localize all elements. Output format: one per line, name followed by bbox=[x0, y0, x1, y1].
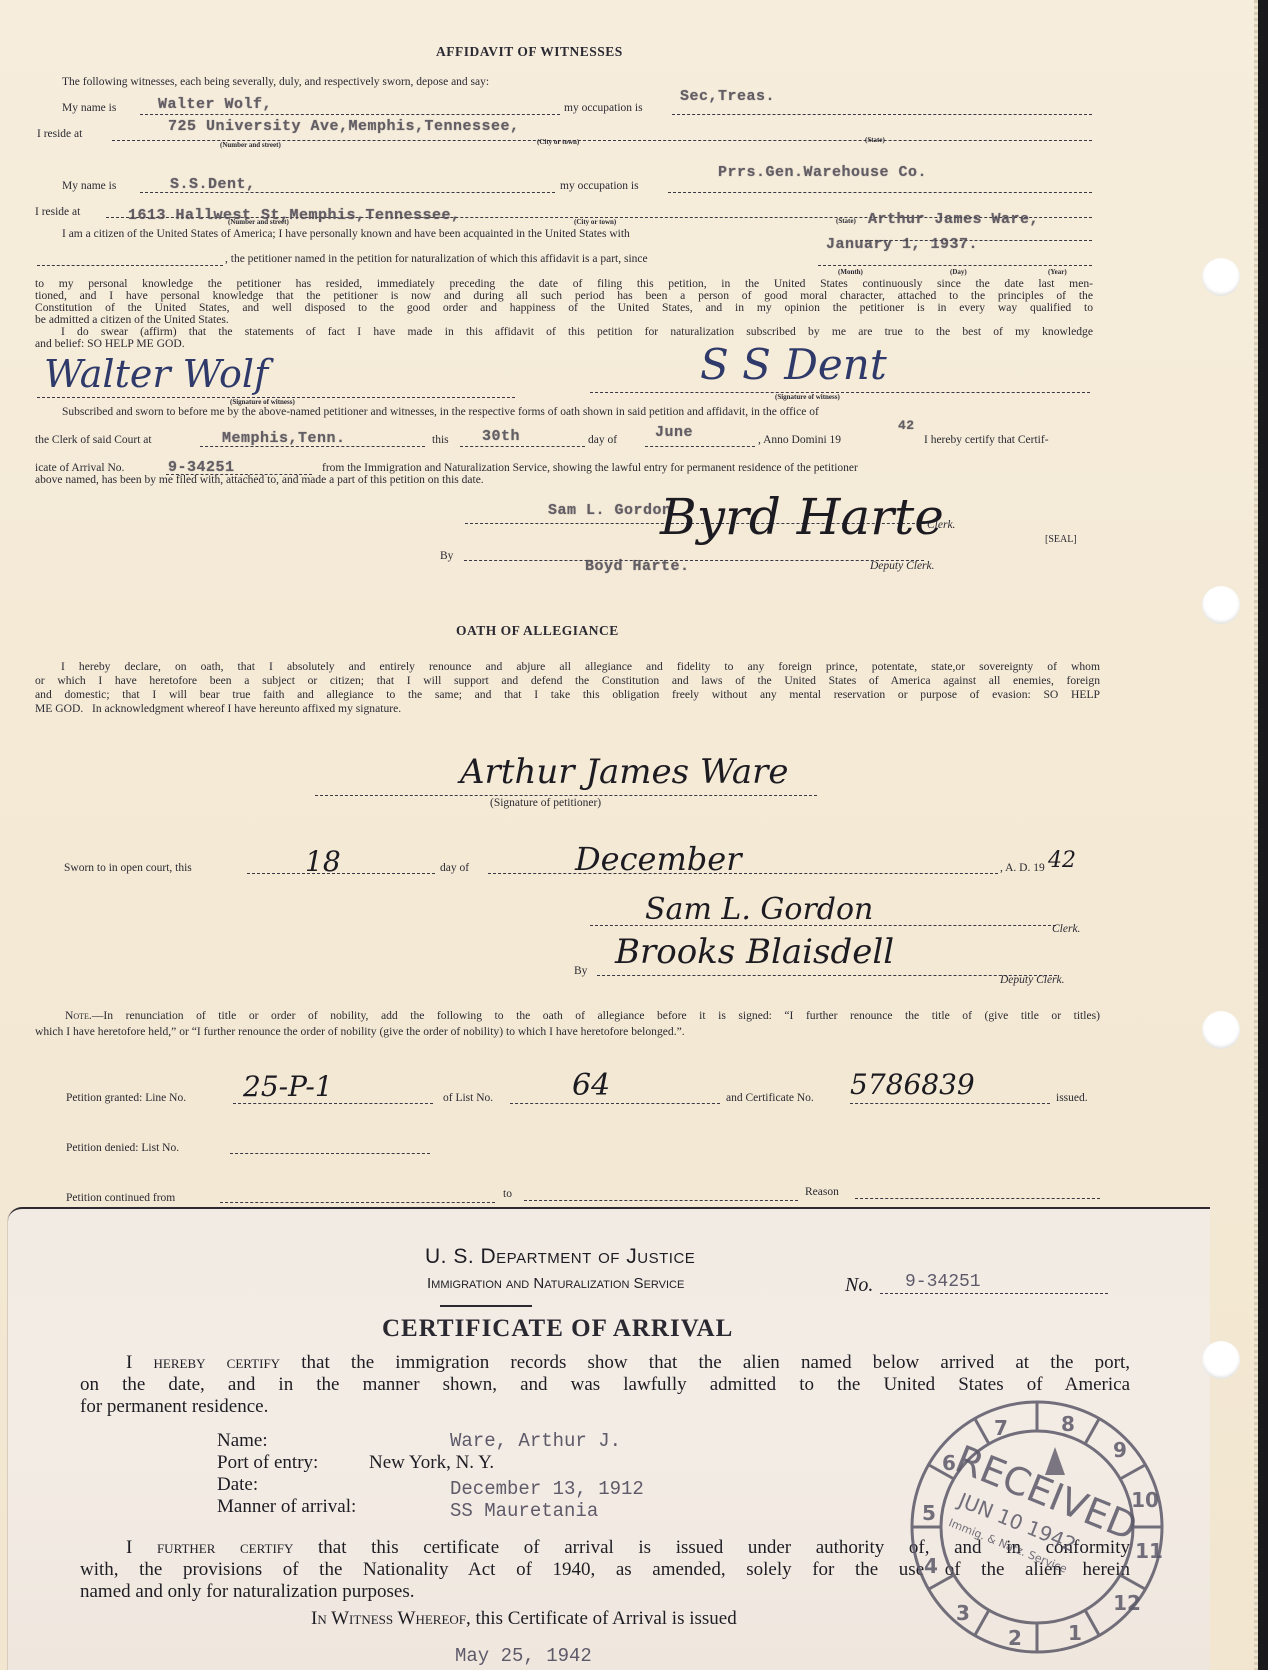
citizen-statement: I am a citizen of the United States of A… bbox=[62, 228, 630, 240]
continued-from-line bbox=[220, 1202, 495, 1203]
witness1-occupation-line bbox=[672, 114, 1092, 115]
alien-name: Ware, Arthur J. bbox=[450, 1430, 621, 1452]
witness1-occupation: Sec,Treas. bbox=[680, 88, 775, 105]
petitioner-signature-line bbox=[315, 795, 817, 796]
caption-city-2: (City or town) bbox=[574, 218, 616, 226]
certify-label: I hereby certify that Certif- bbox=[924, 434, 1049, 446]
line-number: 25-P-1 bbox=[243, 1070, 333, 1103]
line-no-line bbox=[233, 1103, 433, 1104]
punch-hole bbox=[1202, 258, 1240, 296]
stamp-number-2: 2 bbox=[1008, 1626, 1022, 1650]
certificate-no-label: No. bbox=[845, 1274, 873, 1297]
sworn-label: Sworn to in open court, this bbox=[64, 862, 192, 874]
note-label: Note. bbox=[65, 1009, 92, 1022]
ad-label: , A. D. 19 bbox=[1000, 862, 1045, 874]
petitioner-signature-caption: (Signature of petitioner) bbox=[490, 797, 601, 809]
issue-date: May 25, 1942 bbox=[455, 1645, 592, 1667]
stamp-number-7: 7 bbox=[994, 1416, 1008, 1440]
witness2-reside-label: I reside at bbox=[35, 206, 80, 218]
hereby-line-1: that the immigration records show that t… bbox=[280, 1352, 1130, 1373]
caption-month: (Month) bbox=[838, 268, 863, 276]
certificate-title: CERTIFICATE OF ARRIVAL bbox=[382, 1315, 733, 1343]
oath-body: I hereby declare, on oath, that I absolu… bbox=[35, 660, 1100, 716]
swear-line-2: and belief: SO HELP ME GOD. bbox=[35, 338, 1093, 350]
oath-title: OATH OF ALLEGIANCE bbox=[456, 623, 619, 639]
by-label: By bbox=[440, 550, 453, 562]
since-date-line bbox=[818, 265, 1092, 266]
affidavit-body: to my personal knowledge the petitioner … bbox=[35, 278, 1093, 326]
star-icon bbox=[1045, 1447, 1065, 1475]
received-stamp: 8 9 10 11 12 1 2 3 4 5 6 7 RECEIVED JUN … bbox=[905, 1395, 1170, 1660]
witness2-occupation-line bbox=[668, 192, 1092, 193]
punch-hole bbox=[1202, 1341, 1240, 1379]
witness1-occupation-label: my occupation is bbox=[564, 102, 643, 114]
witness1-signature-caption: (Signature of witness) bbox=[230, 398, 295, 406]
sworn-year: 42 bbox=[1048, 848, 1076, 873]
punch-hole bbox=[1202, 1011, 1240, 1049]
certificate-no-line bbox=[880, 1293, 1108, 1294]
witness2-name: S.S.Dent, bbox=[170, 176, 256, 193]
sworn-month: December bbox=[575, 840, 742, 878]
department-title: U. S. Department of Justice bbox=[425, 1245, 695, 1269]
certificate-number: 5786839 bbox=[850, 1068, 975, 1101]
affidavit-title: AFFIDAVIT OF WITNESSES bbox=[436, 44, 623, 60]
background-edge bbox=[1258, 0, 1268, 1670]
list-no-line bbox=[510, 1103, 720, 1104]
petitioner-blank-line bbox=[37, 265, 223, 266]
issued-label: issued. bbox=[1056, 1092, 1088, 1104]
above-named-statement: above named, has been by me filed with, … bbox=[35, 474, 484, 486]
oath-by-label: By bbox=[574, 965, 587, 977]
swear-line-1: I do swear (affirm) that the statements … bbox=[35, 326, 1093, 338]
clerk-typed-name: Sam L. Gordon bbox=[548, 502, 672, 519]
denied-list-line bbox=[230, 1153, 430, 1154]
this-label: this bbox=[432, 434, 449, 446]
stamp-number-4: 4 bbox=[924, 1554, 938, 1578]
oath-clerk-signature: Sam L. Gordon bbox=[645, 892, 873, 927]
witness2-signature-line bbox=[590, 392, 1090, 393]
granted-label: Petition granted: Line No. bbox=[66, 1092, 186, 1104]
subscribed-statement: Subscribed and sworn to before me by the… bbox=[62, 406, 819, 418]
stamp-number-3: 3 bbox=[956, 1601, 970, 1625]
oath-deputy-signature: Brooks Blaisdell bbox=[615, 932, 894, 972]
caption-day: (Day) bbox=[950, 268, 967, 276]
petitioner-named-statement: , the petitioner named in the petition f… bbox=[225, 253, 648, 265]
affidavit-day: 30th bbox=[482, 428, 520, 445]
witness1-signature: Walter Wolf bbox=[44, 352, 268, 396]
clerk-at-city: Memphis,Tenn. bbox=[222, 430, 346, 447]
month-line bbox=[645, 446, 755, 447]
name-label: Name: bbox=[217, 1430, 268, 1452]
witness2-signature-caption: (Signature of witness) bbox=[775, 393, 840, 401]
witness2-address: 1613 Hallwest St,Memphis,Tennessee, bbox=[128, 207, 461, 224]
witness2-name-label: My name is bbox=[62, 180, 116, 192]
petitioner-signature: Arthur James Ware bbox=[460, 752, 788, 792]
deputy-typed-name: Boyd Harte. bbox=[585, 558, 690, 575]
continued-label: Petition continued from bbox=[66, 1192, 175, 1204]
affidavit-month: June bbox=[655, 424, 693, 441]
deputy-clerk-signature: Byrd Harte bbox=[660, 488, 944, 546]
stamp-number-8: 8 bbox=[1061, 1412, 1075, 1436]
denied-label: Petition denied: List No. bbox=[66, 1142, 179, 1154]
port-label: Port of entry: bbox=[217, 1452, 318, 1474]
port-value: New York, N. Y. bbox=[369, 1452, 494, 1474]
to-label: to bbox=[503, 1188, 512, 1200]
caption-number-street: (Number and street) bbox=[220, 141, 281, 149]
deputy-clerk-caption: Deputy Clerk. bbox=[870, 560, 935, 572]
from-ins-statement: from the Immigration and Naturalization … bbox=[322, 462, 858, 474]
petitioner-typed-name: Arthur James Ware, bbox=[868, 211, 1039, 228]
sworn-day: 18 bbox=[305, 845, 341, 878]
stamp-number-1: 1 bbox=[1068, 1621, 1082, 1645]
caption-city: (City or town) bbox=[537, 138, 579, 146]
caption-year: (Year) bbox=[1048, 268, 1067, 276]
punch-hole bbox=[1202, 586, 1240, 624]
affidavit-intro: The following witnesses, each being seve… bbox=[62, 76, 489, 88]
witness-rest: , this Certificate of Arrival is issued bbox=[466, 1608, 737, 1629]
note-line-2: which I have heretofore held,” or “I fur… bbox=[35, 1024, 1100, 1040]
witness-lead: In Witness Whereof bbox=[311, 1608, 466, 1629]
list-number: 64 bbox=[572, 1068, 610, 1103]
oath-clerk-line bbox=[590, 925, 1056, 926]
title-rule bbox=[440, 1305, 532, 1307]
sworn-day-of-label: day of bbox=[440, 862, 469, 874]
reason-line bbox=[855, 1198, 1100, 1199]
stamp-number-9: 9 bbox=[1113, 1438, 1127, 1462]
stamp-number-12: 12 bbox=[1113, 1591, 1141, 1615]
further-lead: I further certify bbox=[126, 1537, 293, 1558]
manner-label: Manner of arrival: bbox=[217, 1496, 356, 1518]
anno-domini-label: , Anno Domini 19 bbox=[758, 434, 841, 446]
manner-value: SS Mauretania bbox=[450, 1500, 598, 1522]
oath-line-4: ME GOD. In acknowledgment whereof I have… bbox=[35, 702, 1100, 716]
oath-line-2: or which I have heretofore been a subjec… bbox=[35, 674, 1100, 688]
certificate-no-value: 9-34251 bbox=[905, 1272, 981, 1292]
witness2-occupation-label: my occupation is bbox=[560, 180, 639, 192]
oath-line-3: and domestic; that I will bear true fait… bbox=[35, 688, 1100, 702]
arrival-date: December 13, 1912 bbox=[450, 1478, 644, 1500]
witness1-name-line bbox=[140, 114, 560, 115]
caption-state-2: (State) bbox=[836, 217, 856, 225]
stamp-number-11: 11 bbox=[1135, 1539, 1163, 1563]
deputy-clerk-line bbox=[464, 560, 924, 561]
caption-number-street-2: (Number and street) bbox=[228, 218, 289, 226]
note-line-1: —In renunciation of title or order of no… bbox=[92, 1009, 1100, 1022]
nobility-note: Note.—In renunciation of title or order … bbox=[35, 1008, 1100, 1040]
oath-deputy-caption: Deputy Clerk. bbox=[1000, 974, 1065, 986]
oath-line-1: I hereby declare, on oath, that I absolu… bbox=[35, 660, 1100, 674]
in-witness-whereof: In Witness Whereof, this Certificate of … bbox=[311, 1608, 737, 1630]
service-title: Immigration and Naturalization Service bbox=[427, 1275, 684, 1292]
oath-deputy-line bbox=[597, 975, 1057, 976]
witness1-name: Walter Wolf, bbox=[158, 96, 272, 113]
list-label: of List No. bbox=[443, 1092, 493, 1104]
hereby-lead: I hereby certify bbox=[126, 1352, 280, 1373]
day-of-label: day of bbox=[588, 434, 617, 446]
witness1-reside-label: I reside at bbox=[37, 128, 82, 140]
clerk-at-label: the Clerk of said Court at bbox=[35, 434, 152, 446]
witness1-name-label: My name is bbox=[62, 102, 116, 114]
seal-label: [SEAL] bbox=[1045, 534, 1077, 545]
caption-state: (State) bbox=[865, 136, 885, 144]
since-date: January 1, 1937. bbox=[826, 236, 978, 253]
oath-clerk-caption: Clerk. bbox=[1052, 923, 1080, 935]
sworn-day-line bbox=[247, 873, 435, 874]
certificate-arrival-label: icate of Arrival No. bbox=[35, 462, 124, 474]
witness2-occupation: Prrs.Gen.Warehouse Co. bbox=[718, 164, 927, 181]
witness2-signature: S S Dent bbox=[700, 340, 887, 389]
certificate-label: and Certificate No. bbox=[726, 1092, 814, 1104]
date-label: Date: bbox=[217, 1474, 258, 1496]
sworn-month-line bbox=[488, 873, 998, 874]
continued-to-line bbox=[524, 1200, 798, 1201]
witness1-address: 725 University Ave,Memphis,Tennessee, bbox=[168, 118, 520, 135]
certificate-no-line bbox=[850, 1103, 1050, 1104]
reason-label: Reason bbox=[805, 1186, 839, 1198]
stamp-number-5: 5 bbox=[922, 1501, 936, 1525]
day-line bbox=[460, 446, 585, 447]
swear-statement: I do swear (affirm) that the statements … bbox=[35, 326, 1093, 350]
affidavit-year: 42 bbox=[898, 418, 915, 433]
hereby-line-2: on the date, and in the manner shown, an… bbox=[80, 1374, 1130, 1396]
